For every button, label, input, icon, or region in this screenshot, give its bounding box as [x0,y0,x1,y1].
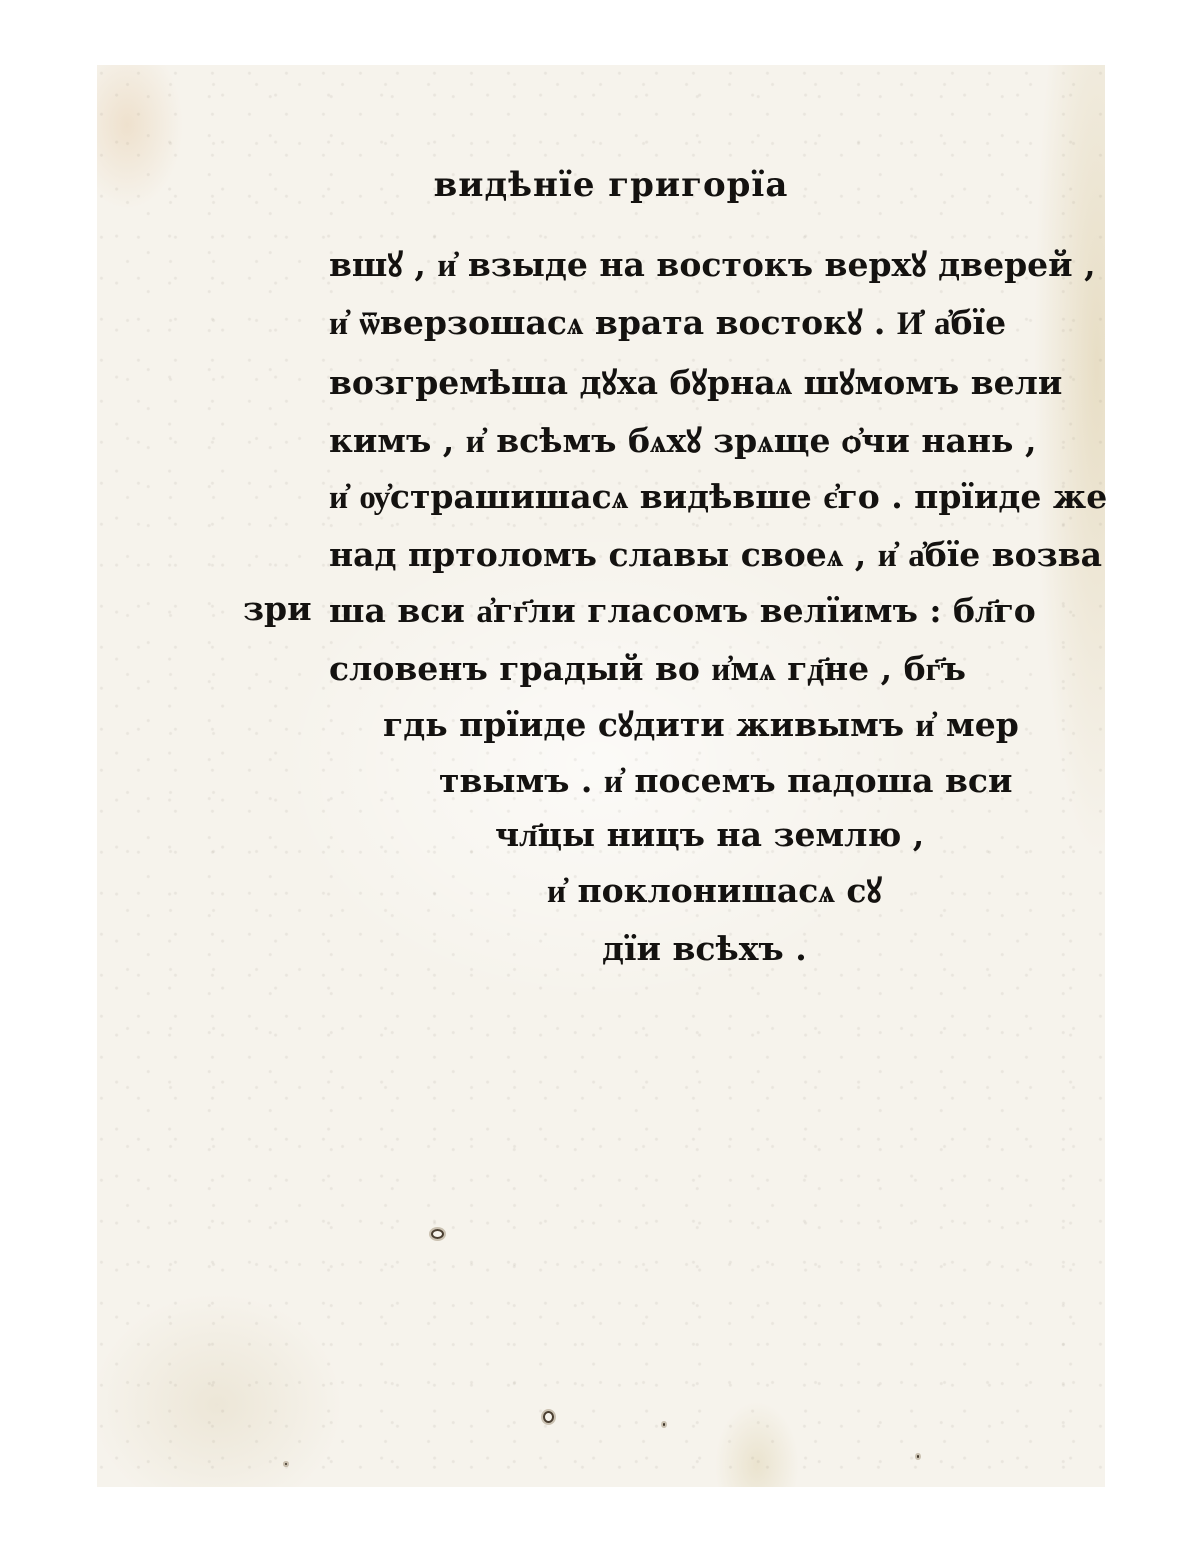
text-line: ша вси а҆гг҃ли гласомъ велїимъ : бл҃го [329,591,1074,631]
text-line: словенъ градый во и҆мѧ гд҃не , бг҃ъ [329,649,1074,689]
text-line: вшꙋ , и҆ взыде на востокъ верхꙋ дверей , [329,245,1074,285]
text-line: над пртоломъ славы своеѧ , и҆ а҆бїе возв… [329,535,1074,575]
paper-blemish [543,1411,554,1423]
text-line: и҆ ѹ҆страшишасѧ видѣвше є҆го . прїиде же [329,477,1074,517]
paper-blemish [285,1463,287,1465]
text-line: чл҃цы ницъ на землю , [495,815,915,855]
paper-blemish [663,1423,665,1426]
text-line: кимъ , и҆ всѣмъ бѧхꙋ зрѧще ѻ҆чи нань , [329,421,1074,461]
text-line: и҆ поклонишасѧ сꙋ [547,871,847,911]
margin-note: зри [243,589,312,628]
text-line: и҆ ѿверзошасѧ врата востокꙋ . И҆ а҆бїе [329,303,1074,343]
text-line: дїи всѣхъ . [602,929,802,969]
paper-blemish [431,1229,444,1239]
page-heading: видѣнїе григорїа [107,165,1115,205]
text-line: твымъ . и҆ посемъ падоша вси [439,761,974,801]
text-line: гдь прїиде сꙋдити живымъ и҆ мер [383,705,1023,745]
text-line: возгремѣша дꙋха бꙋрнаѧ шꙋмомъ вели [329,363,1074,403]
paper-blemish [917,1455,919,1458]
scanned-page: видѣнїе григорїа зри вшꙋ , и҆ взыде на в… [97,65,1105,1487]
